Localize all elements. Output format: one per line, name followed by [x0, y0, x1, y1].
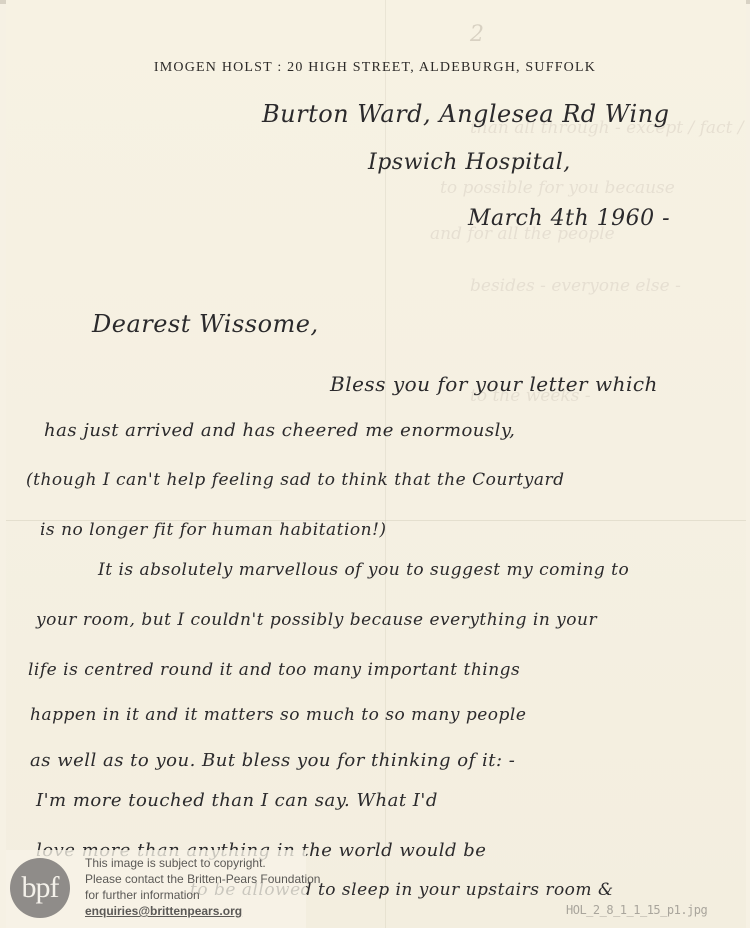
contact-email-link[interactable]: enquiries@brittenpears.org [85, 904, 242, 918]
file-label: HOL_2_8_1_1_15_p1.jpg [566, 903, 707, 917]
body-line: your room, but I couldn't possibly becau… [36, 610, 597, 630]
bpf-logo: bpf [10, 858, 70, 918]
bleed-through-page-number: 2 [470, 22, 484, 47]
address-line-1: Burton Ward, Anglesea Rd Wing [262, 100, 670, 128]
salutation: Dearest Wissome, [92, 310, 319, 338]
body-line: as well as to you. But bless you for thi… [30, 750, 515, 771]
letter-date: March 4th 1960 - [468, 206, 670, 231]
letter-page [6, 0, 746, 928]
body-line: Bless you for your letter which [330, 372, 658, 396]
body-line: happen in it and it matters so much to s… [30, 705, 526, 725]
body-line: life is centred round it and too many im… [28, 660, 520, 680]
body-line: It is absolutely marvellous of you to su… [98, 560, 629, 580]
fold-crease [385, 0, 386, 928]
copyright-info: for further information [85, 888, 200, 902]
body-line: has just arrived and has cheered me enor… [44, 420, 515, 441]
copyright-contact: Please contact the Britten-Pears Foundat… [85, 872, 320, 886]
letterhead: IMOGEN HOLST : 20 HIGH STREET, ALDEBURGH… [0, 60, 750, 76]
body-line: (though I can't help feeling sad to thin… [26, 470, 565, 490]
copyright-notice: This image is subject to copyright. [85, 856, 266, 870]
body-line: I'm more touched than I can say. What I'… [36, 790, 438, 811]
address-line-2: Ipswich Hospital, [368, 150, 571, 175]
body-line: is no longer fit for human habitation!) [40, 520, 387, 540]
